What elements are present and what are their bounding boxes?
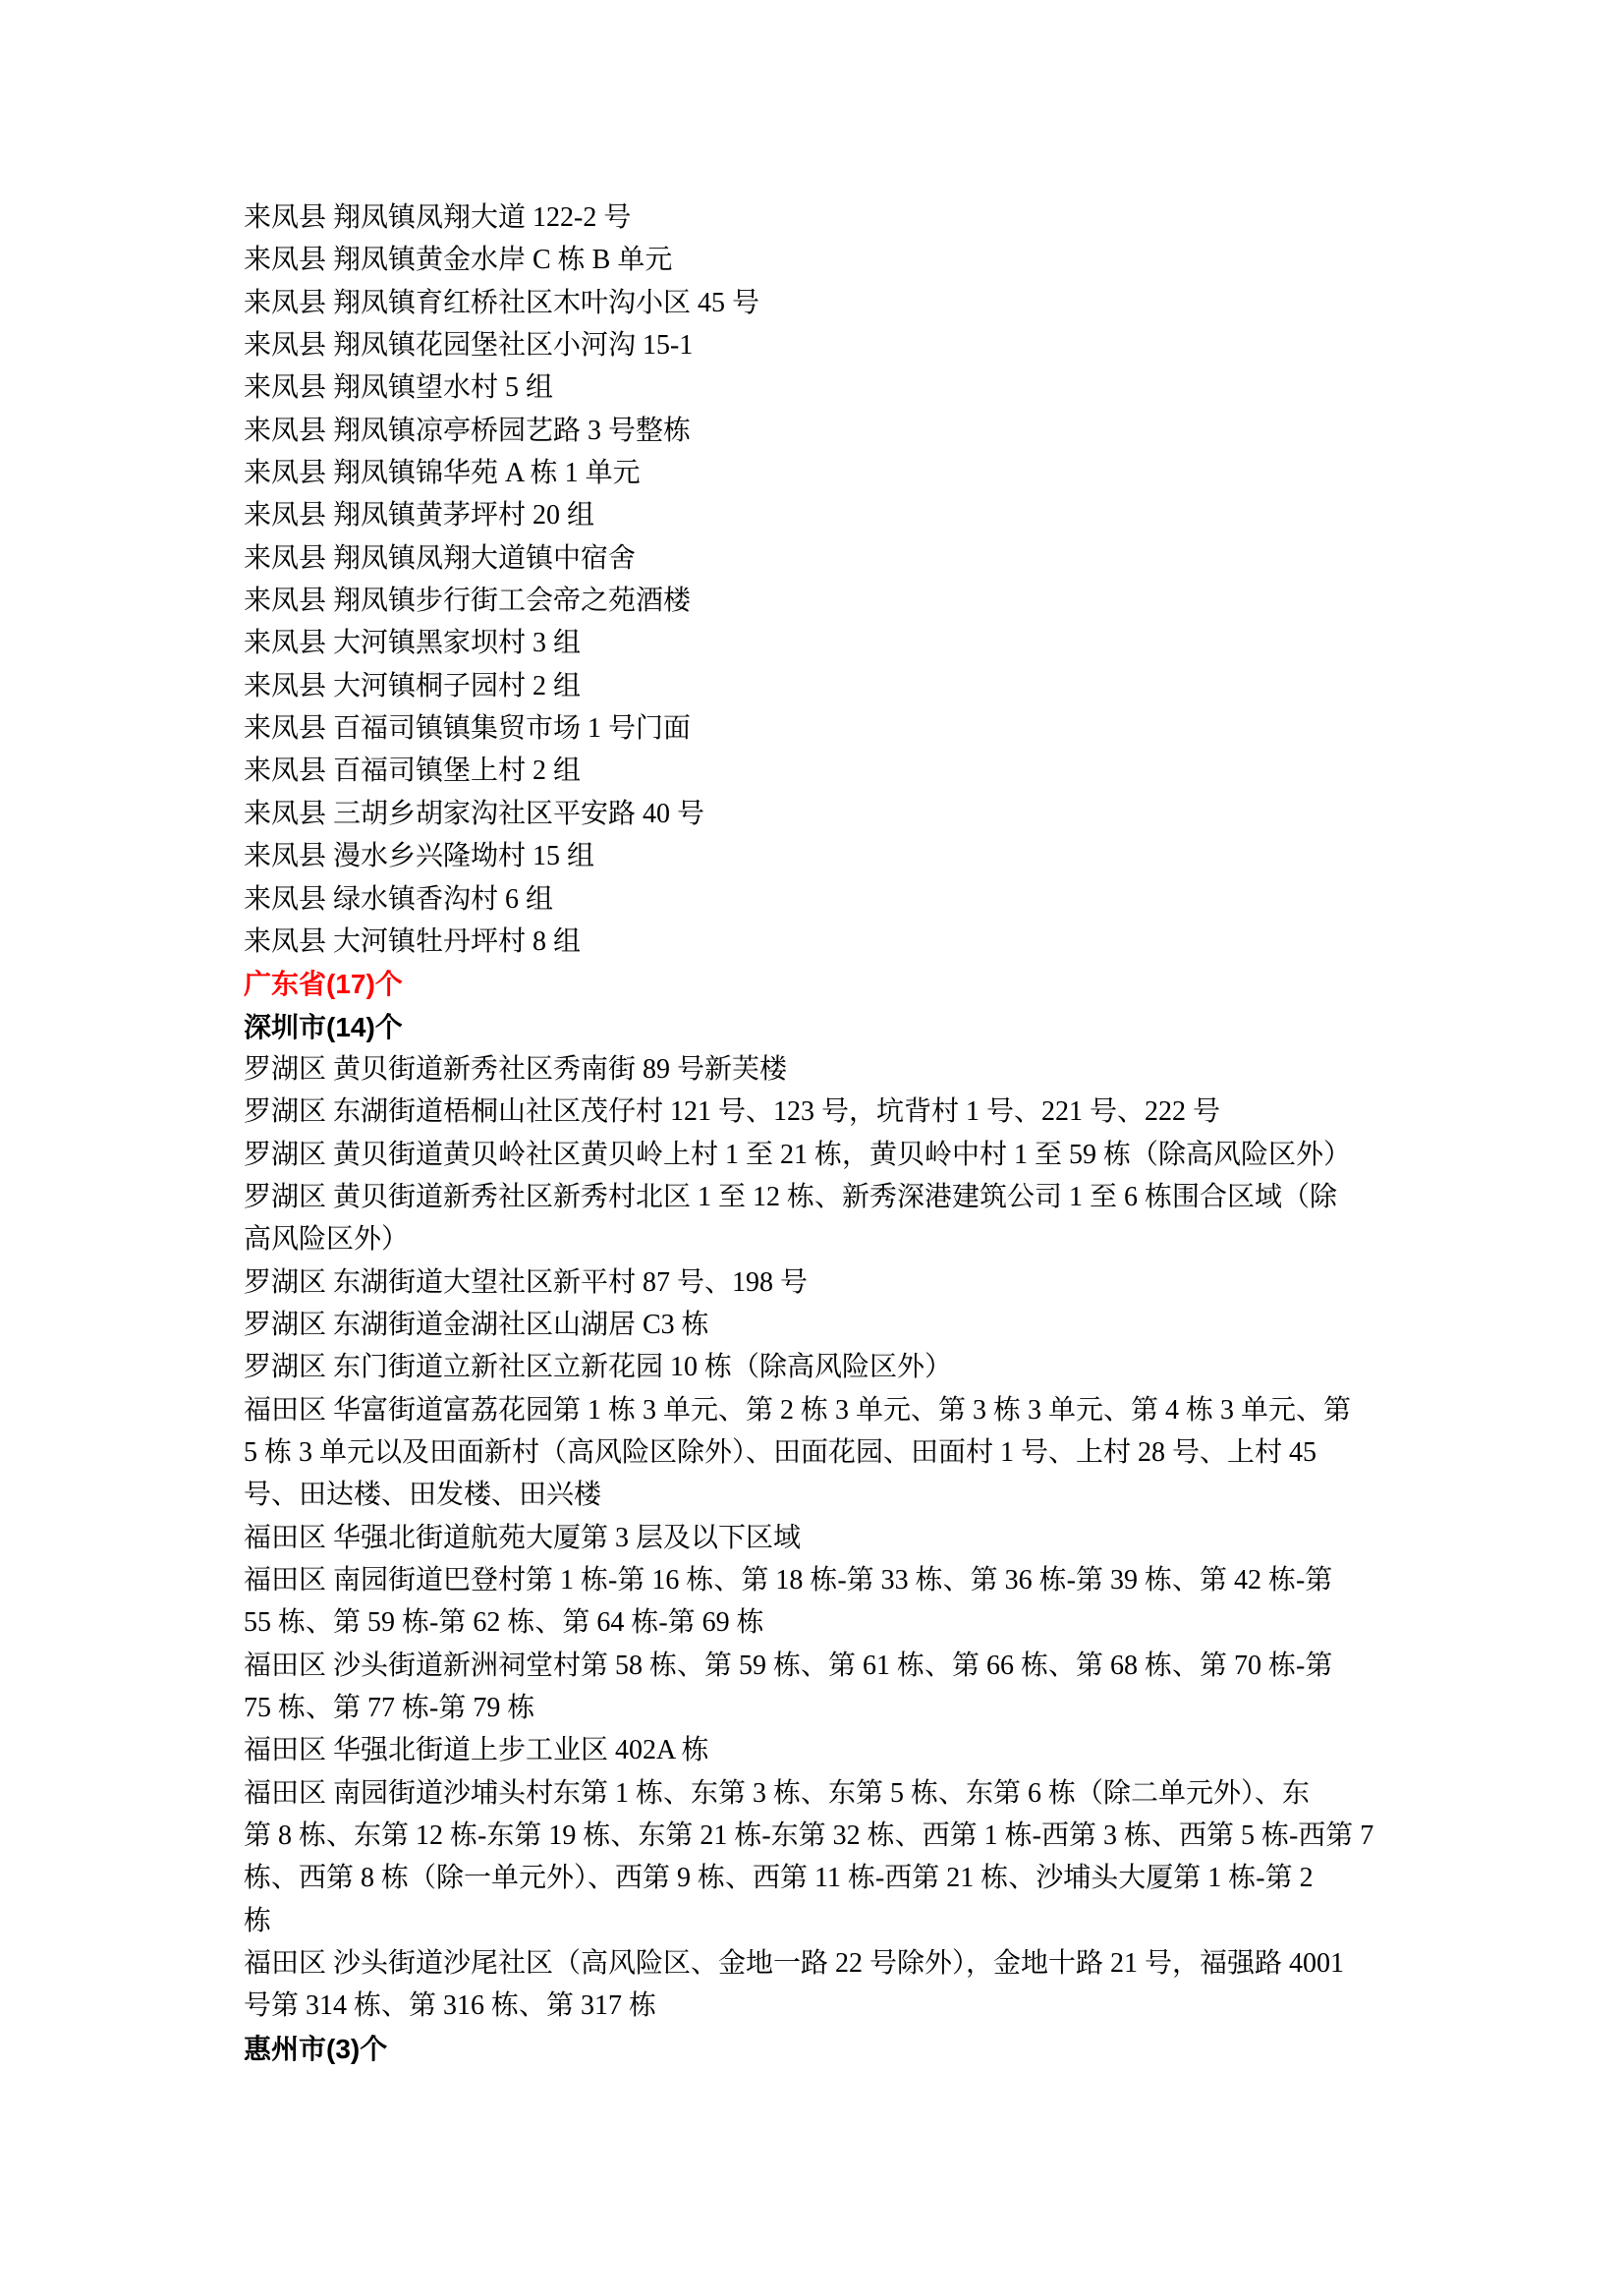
address-line: 来凤县 翔凤镇花园堡社区小河沟 15-1 [244,324,1398,366]
address-line-continuation: 第 8 栋、东第 12 栋-东第 19 栋、东第 21 栋-东第 32 栋、西第… [244,1815,1398,1857]
address-line: 来凤县 三胡乡胡家沟社区平安路 40 号 [244,793,1398,835]
address-line: 罗湖区 黄贝街道新秀社区秀南街 89 号新芙楼 [244,1048,1398,1091]
address-line: 来凤县 翔凤镇育红桥社区木叶沟小区 45 号 [244,282,1398,324]
address-line: 来凤县 翔凤镇黄茅坪村 20 组 [244,494,1398,536]
address-line: 福田区 南园街道沙埔头村东第 1 栋、东第 3 栋、东第 5 栋、东第 6 栋（… [244,1772,1398,1815]
address-line: 来凤县 大河镇黑家坝村 3 组 [244,622,1398,664]
address-line-continuation: 55 栋、第 59 栋-第 62 栋、第 64 栋-第 69 栋 [244,1601,1398,1644]
address-line: 来凤县 漫水乡兴隆坳村 15 组 [244,835,1398,877]
address-line-continuation: 高风险区外） [244,1218,1398,1260]
address-line: 来凤县 大河镇桐子园村 2 组 [244,665,1398,707]
address-line: 来凤县 翔凤镇锦华苑 A 栋 1 单元 [244,452,1398,494]
address-line-continuation: 75 栋、第 77 栋-第 79 栋 [244,1687,1398,1729]
address-line: 来凤县 绿水镇香沟村 6 组 [244,878,1398,921]
address-line-continuation: 栋 [244,1900,1398,1942]
address-line: 福田区 沙头街道沙尾社区（高风险区、金地一路 22 号除外），金地十路 21 号… [244,1942,1398,1985]
address-line: 福田区 沙头街道新洲祠堂村第 58 栋、第 59 栋、第 61 栋、第 66 栋… [244,1645,1398,1687]
address-line: 来凤县 大河镇牡丹坪村 8 组 [244,921,1398,963]
address-line: 罗湖区 黄贝街道新秀社区新秀村北区 1 至 12 栋、新秀深港建筑公司 1 至 … [244,1176,1398,1218]
address-line: 福田区 华强北街道上步工业区 402A 栋 [244,1729,1398,1771]
address-line: 来凤县 百福司镇镇集贸市场 1 号门面 [244,707,1398,750]
province-header: 广东省(17)个 [244,963,1398,1005]
document-page: { "page": { "background": "#ffffff", "te… [0,0,1624,2295]
address-line: 来凤县 翔凤镇凤翔大道镇中宿舍 [244,537,1398,580]
city-header: 惠州市(3)个 [244,2028,1398,2070]
address-line: 来凤县 翔凤镇黄金水岸 C 栋 B 单元 [244,239,1398,281]
address-line: 罗湖区 黄贝街道黄贝岭社区黄贝岭上村 1 至 21 栋，黄贝岭中村 1 至 59… [244,1134,1398,1176]
address-line: 福田区 华富街道富荔花园第 1 栋 3 单元、第 2 栋 3 单元、第 3 栋 … [244,1389,1398,1431]
address-line-continuation: 号、田达楼、田发楼、田兴楼 [244,1474,1398,1516]
address-line: 来凤县 翔凤镇凤翔大道 122-2 号 [244,196,1398,239]
address-line-continuation: 号第 314 栋、第 316 栋、第 317 栋 [244,1985,1398,2027]
address-line: 罗湖区 东湖街道金湖社区山湖居 C3 栋 [244,1304,1398,1346]
address-line: 福田区 华强北街道航苑大厦第 3 层及以下区域 [244,1517,1398,1559]
address-line: 来凤县 翔凤镇望水村 5 组 [244,366,1398,409]
address-line: 罗湖区 东湖街道梧桐山社区茂仔村 121 号、123 号，坑背村 1 号、221… [244,1091,1398,1133]
address-line: 罗湖区 东门街道立新社区立新花园 10 栋（除高风险区外） [244,1346,1398,1388]
address-line: 来凤县 翔凤镇凉亭桥园艺路 3 号整栋 [244,410,1398,452]
address-line: 福田区 南园街道巴登村第 1 栋-第 16 栋、第 18 栋-第 33 栋、第 … [244,1559,1398,1601]
document-content: 来凤县 翔凤镇凤翔大道 122-2 号 来凤县 翔凤镇黄金水岸 C 栋 B 单元… [244,196,1398,2070]
address-line-continuation: 5 栋 3 单元以及田面新村（高风险区除外）、田面花园、田面村 1 号、上村 2… [244,1431,1398,1474]
city-header: 深圳市(14)个 [244,1006,1398,1048]
address-line: 罗湖区 东湖街道大望社区新平村 87 号、198 号 [244,1261,1398,1304]
address-line-continuation: 栋、西第 8 栋（除一单元外）、西第 9 栋、西第 11 栋-西第 21 栋、沙… [244,1857,1398,1899]
address-line: 来凤县 百福司镇堡上村 2 组 [244,750,1398,792]
address-line: 来凤县 翔凤镇步行街工会帝之苑酒楼 [244,580,1398,622]
